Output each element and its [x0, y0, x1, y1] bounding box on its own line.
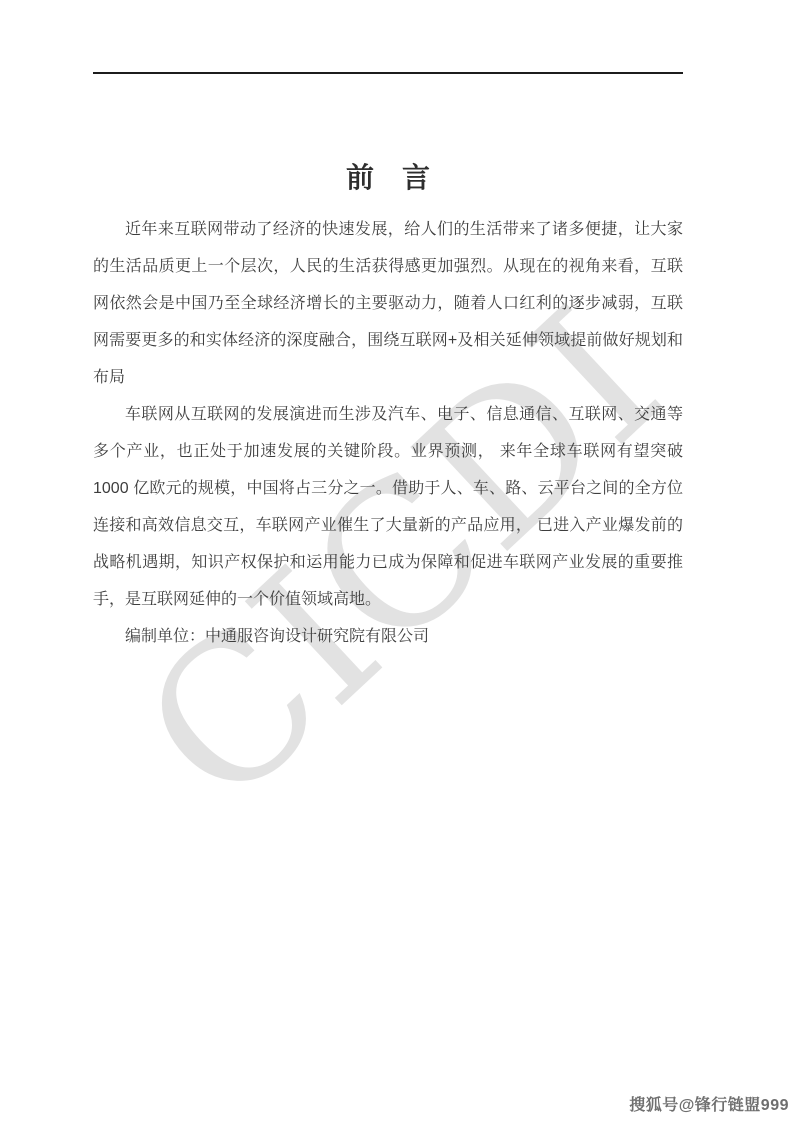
publisher-line: 编制单位：中通服咨询设计研究院有限公司 [93, 618, 683, 655]
header-rule [93, 72, 683, 74]
footer-watermark: 搜狐号@锋行链盟999 [629, 1092, 789, 1115]
page-title: 前 言 [93, 157, 683, 199]
document-page: CICDI 前 言 近年来互联网带动了经济的快速发展，给人们的生活带来了诸多便捷… [0, 0, 793, 1122]
preface-paragraph-2: 车联网从互联网的发展演进而生涉及汽车、电子、信息通信、互联网、交通等多个产业，也… [93, 396, 683, 618]
preface-paragraph-1: 近年来互联网带动了经济的快速发展，给人们的生活带来了诸多便捷，让大家的生活品质更… [93, 211, 683, 396]
preface-body: 近年来互联网带动了经济的快速发展，给人们的生活带来了诸多便捷，让大家的生活品质更… [93, 211, 683, 655]
